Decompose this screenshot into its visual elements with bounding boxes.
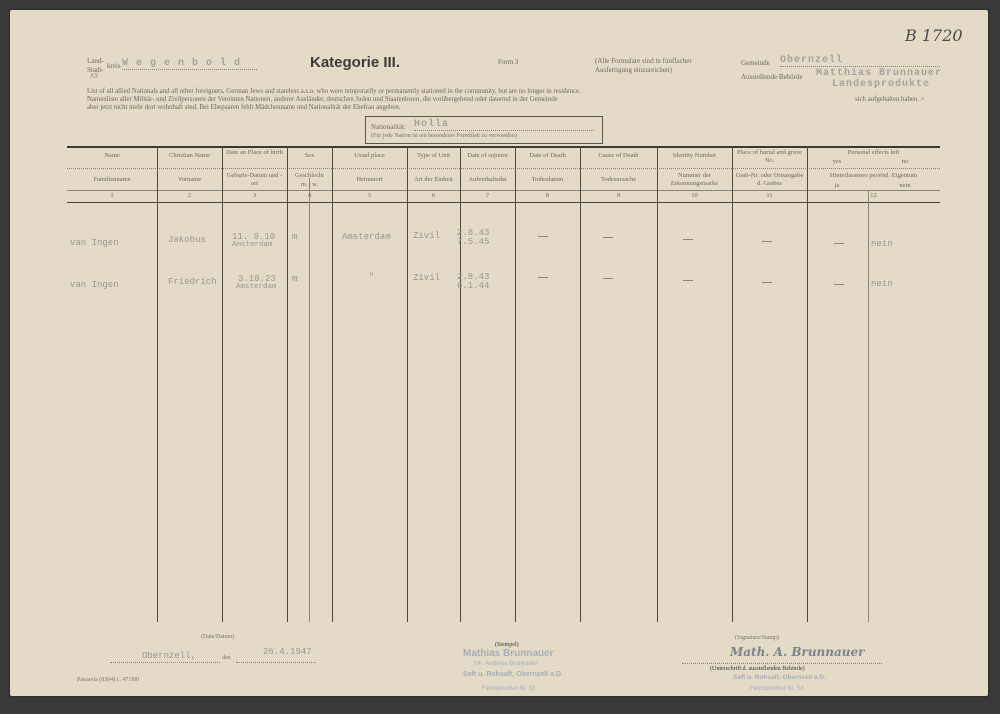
behoerde-label: Ausstellende Behörde	[741, 73, 803, 81]
date-label: (Date/Datum)	[201, 634, 234, 640]
nationality-note: (Für jede Nation ist ein besonderes Form…	[371, 133, 517, 139]
signature-caption: (Unterschrift d. ausstellenden Behörde)	[710, 666, 805, 672]
stamp-line-2: Inh. Andreas Brunnauer	[474, 661, 537, 667]
cell-death-date	[538, 277, 548, 278]
col-header-yes: yes	[807, 158, 867, 166]
intro-german-end: sich aufgehalten haben. >	[855, 96, 925, 104]
col-header-en: Date of sojourn	[460, 152, 515, 160]
cell-sex: m	[292, 232, 297, 242]
cell-birth-place: Amsterdam	[232, 241, 273, 249]
cell-christian-name: Jakobus	[168, 235, 206, 245]
col-header-de: Geburts-Datum und -ort	[224, 172, 285, 188]
nationality-label: Nationalität:	[371, 123, 406, 131]
intro-english: List of all allied Nationals and all oth…	[87, 88, 581, 96]
gemeinde-value: Obernzell	[780, 55, 940, 67]
nationality-box: Nationalität: Holla (Für jede Nation ist…	[365, 116, 603, 144]
col-divider	[580, 146, 581, 622]
signature-value: Math. A. Brunnauer	[730, 645, 864, 659]
col-header-en: Date an Place of birth	[224, 149, 285, 157]
col-divider	[287, 146, 288, 622]
col-header-no: no	[870, 158, 940, 166]
col-header-de: Todesdatum	[515, 176, 580, 184]
cell-death-cause	[603, 237, 613, 238]
handwritten-reference: B 1720	[905, 26, 963, 45]
col-header-en: Date of Death	[515, 152, 580, 160]
behoerde-value-2: Landesprodukte	[832, 79, 930, 90]
copies-note-1: (Alle Formulare sind in fünffacher	[595, 57, 692, 65]
col-header-de: Nummer der Erkennungsmarke	[659, 172, 730, 188]
signature-stamp-line: Saft u. Rohsaft, Obernzell a.D.	[733, 674, 826, 681]
col-header-de: Geschlecht	[287, 172, 332, 180]
col-header-en: Sex	[287, 152, 332, 160]
copies-note-2: Ausfertigung einzureichen)	[595, 66, 672, 74]
col-number: 2	[157, 192, 222, 200]
col-header-de: Vorname	[157, 176, 222, 184]
col-header-en: Christian Name	[157, 152, 222, 160]
col-divider	[332, 146, 333, 622]
col-number: 8	[515, 192, 580, 200]
col-divider	[515, 146, 516, 622]
col-number: 7	[460, 192, 515, 200]
document-page: Land- Stadt- kreis W e g e n b o l d XX …	[10, 10, 988, 696]
col-header-de: Familienname	[67, 176, 157, 184]
form-number: Form 3	[498, 58, 518, 66]
col-divider	[732, 146, 733, 622]
cell-usual-place: "	[369, 272, 374, 282]
nationality-value: Holla	[414, 119, 594, 131]
signature-label: (Signature/Stamp)	[735, 635, 779, 641]
cell-name: van Ingen	[70, 280, 119, 290]
date-value: 26.4.1947	[263, 647, 312, 657]
col-divider	[222, 146, 223, 622]
col-header-en: Place of burial and grave No.	[736, 149, 803, 165]
header-dotted-rule	[67, 168, 940, 169]
col-header-de: Art der Einheit	[407, 176, 460, 184]
col-divider	[460, 146, 461, 622]
col-divider	[807, 146, 808, 622]
cell-usual-place: Amsterdam	[342, 232, 391, 242]
cell-effects-no: nein	[871, 279, 893, 289]
col-header-en: Usual place	[332, 152, 407, 160]
cell-effects-yes	[834, 243, 844, 244]
col-divider	[407, 146, 408, 622]
col-number: 4	[287, 192, 332, 200]
col-header-ja: ja	[807, 182, 867, 190]
cell-identity	[683, 280, 693, 281]
col-number: 6	[407, 192, 460, 200]
col-subdivider	[309, 178, 310, 622]
col-number: 5	[332, 192, 407, 200]
land-label: Land-	[87, 57, 104, 65]
cell-burial	[762, 241, 772, 242]
behoerde-value-1: Matthias Brunnauer	[816, 68, 942, 79]
col-header-en: Cause of Death	[580, 152, 657, 160]
col-header-en: Personal effects left	[807, 149, 940, 157]
col-number: 11	[732, 192, 807, 200]
col-number: 1	[67, 192, 157, 200]
print-note: Passavia (8304) c. 47/300	[77, 677, 139, 683]
cell-unit: Zivil	[413, 273, 440, 283]
col-number: 9	[580, 192, 657, 200]
col-header-de: Heimatort	[332, 176, 407, 184]
cell-sojourn-to: 6.1.44	[457, 281, 489, 291]
header-bottom-rule	[67, 202, 940, 203]
intro-german-1: Namenliste aller Militär- und Zivilperso…	[87, 96, 558, 104]
cell-name: van Ingen	[70, 238, 119, 248]
cell-death-cause	[603, 278, 613, 279]
cell-birth-place: Amsterdam	[236, 283, 277, 291]
stamp-phone: Fernsprecher Nr. 33	[482, 686, 535, 692]
cell-burial	[762, 282, 772, 283]
kreis-value: W e g e n b o l d	[122, 58, 257, 70]
col-header-en: Name	[67, 152, 157, 160]
col-header-de: Hinterlassenes persönl. Eigentum	[807, 172, 940, 180]
col-divider	[657, 146, 658, 622]
cell-effects-yes	[834, 284, 844, 285]
kreis-label: kreis	[107, 62, 121, 70]
col-subdivider	[868, 190, 869, 622]
cell-sex: m	[292, 274, 297, 284]
page-title: Kategorie III.	[310, 54, 400, 71]
place-value: Obernzell,	[142, 651, 196, 661]
gemeinde-label: Gemeinde	[741, 59, 770, 67]
col-divider	[157, 146, 158, 622]
col-header-sub: m. | w.	[287, 181, 332, 189]
header-num-rule	[67, 190, 940, 191]
col-number: 12	[807, 192, 940, 200]
col-header-en: Type of Unit	[407, 152, 460, 160]
cell-effects-no: nein	[871, 239, 893, 249]
signature-line	[682, 663, 882, 664]
col-header-de: Todesursache	[580, 176, 657, 184]
cell-sojourn-to: 7.5.45	[457, 237, 489, 247]
col-number: 10	[657, 192, 732, 200]
cell-death-date	[538, 236, 548, 237]
stamp-line-3: Saft u. Rohsaft, Obernzell a.D.	[463, 671, 563, 678]
cell-identity	[683, 239, 693, 240]
col-number: 3	[222, 192, 287, 200]
strike-mark: XX	[90, 73, 98, 81]
col-header-en: Identity Number	[657, 152, 732, 160]
cell-unit: Zivil	[413, 231, 440, 241]
signature-phone: Fernsprecher Nr. 33	[750, 686, 803, 692]
col-header-de: Grab-Nr. oder Ortsangabe d. Grabes	[734, 172, 805, 188]
col-header-de: Aufenthaltsdat	[460, 176, 515, 184]
den-label: den	[222, 655, 231, 661]
table-top-rule	[67, 146, 940, 148]
cell-christian-name: Friedrich	[168, 277, 217, 287]
intro-german-2: aber jetzt nicht mehr dort wohnhaft sind…	[87, 104, 400, 112]
col-header-nein: nein	[870, 182, 940, 190]
stamp-line-1: Mathias Brunnauer	[463, 648, 554, 659]
